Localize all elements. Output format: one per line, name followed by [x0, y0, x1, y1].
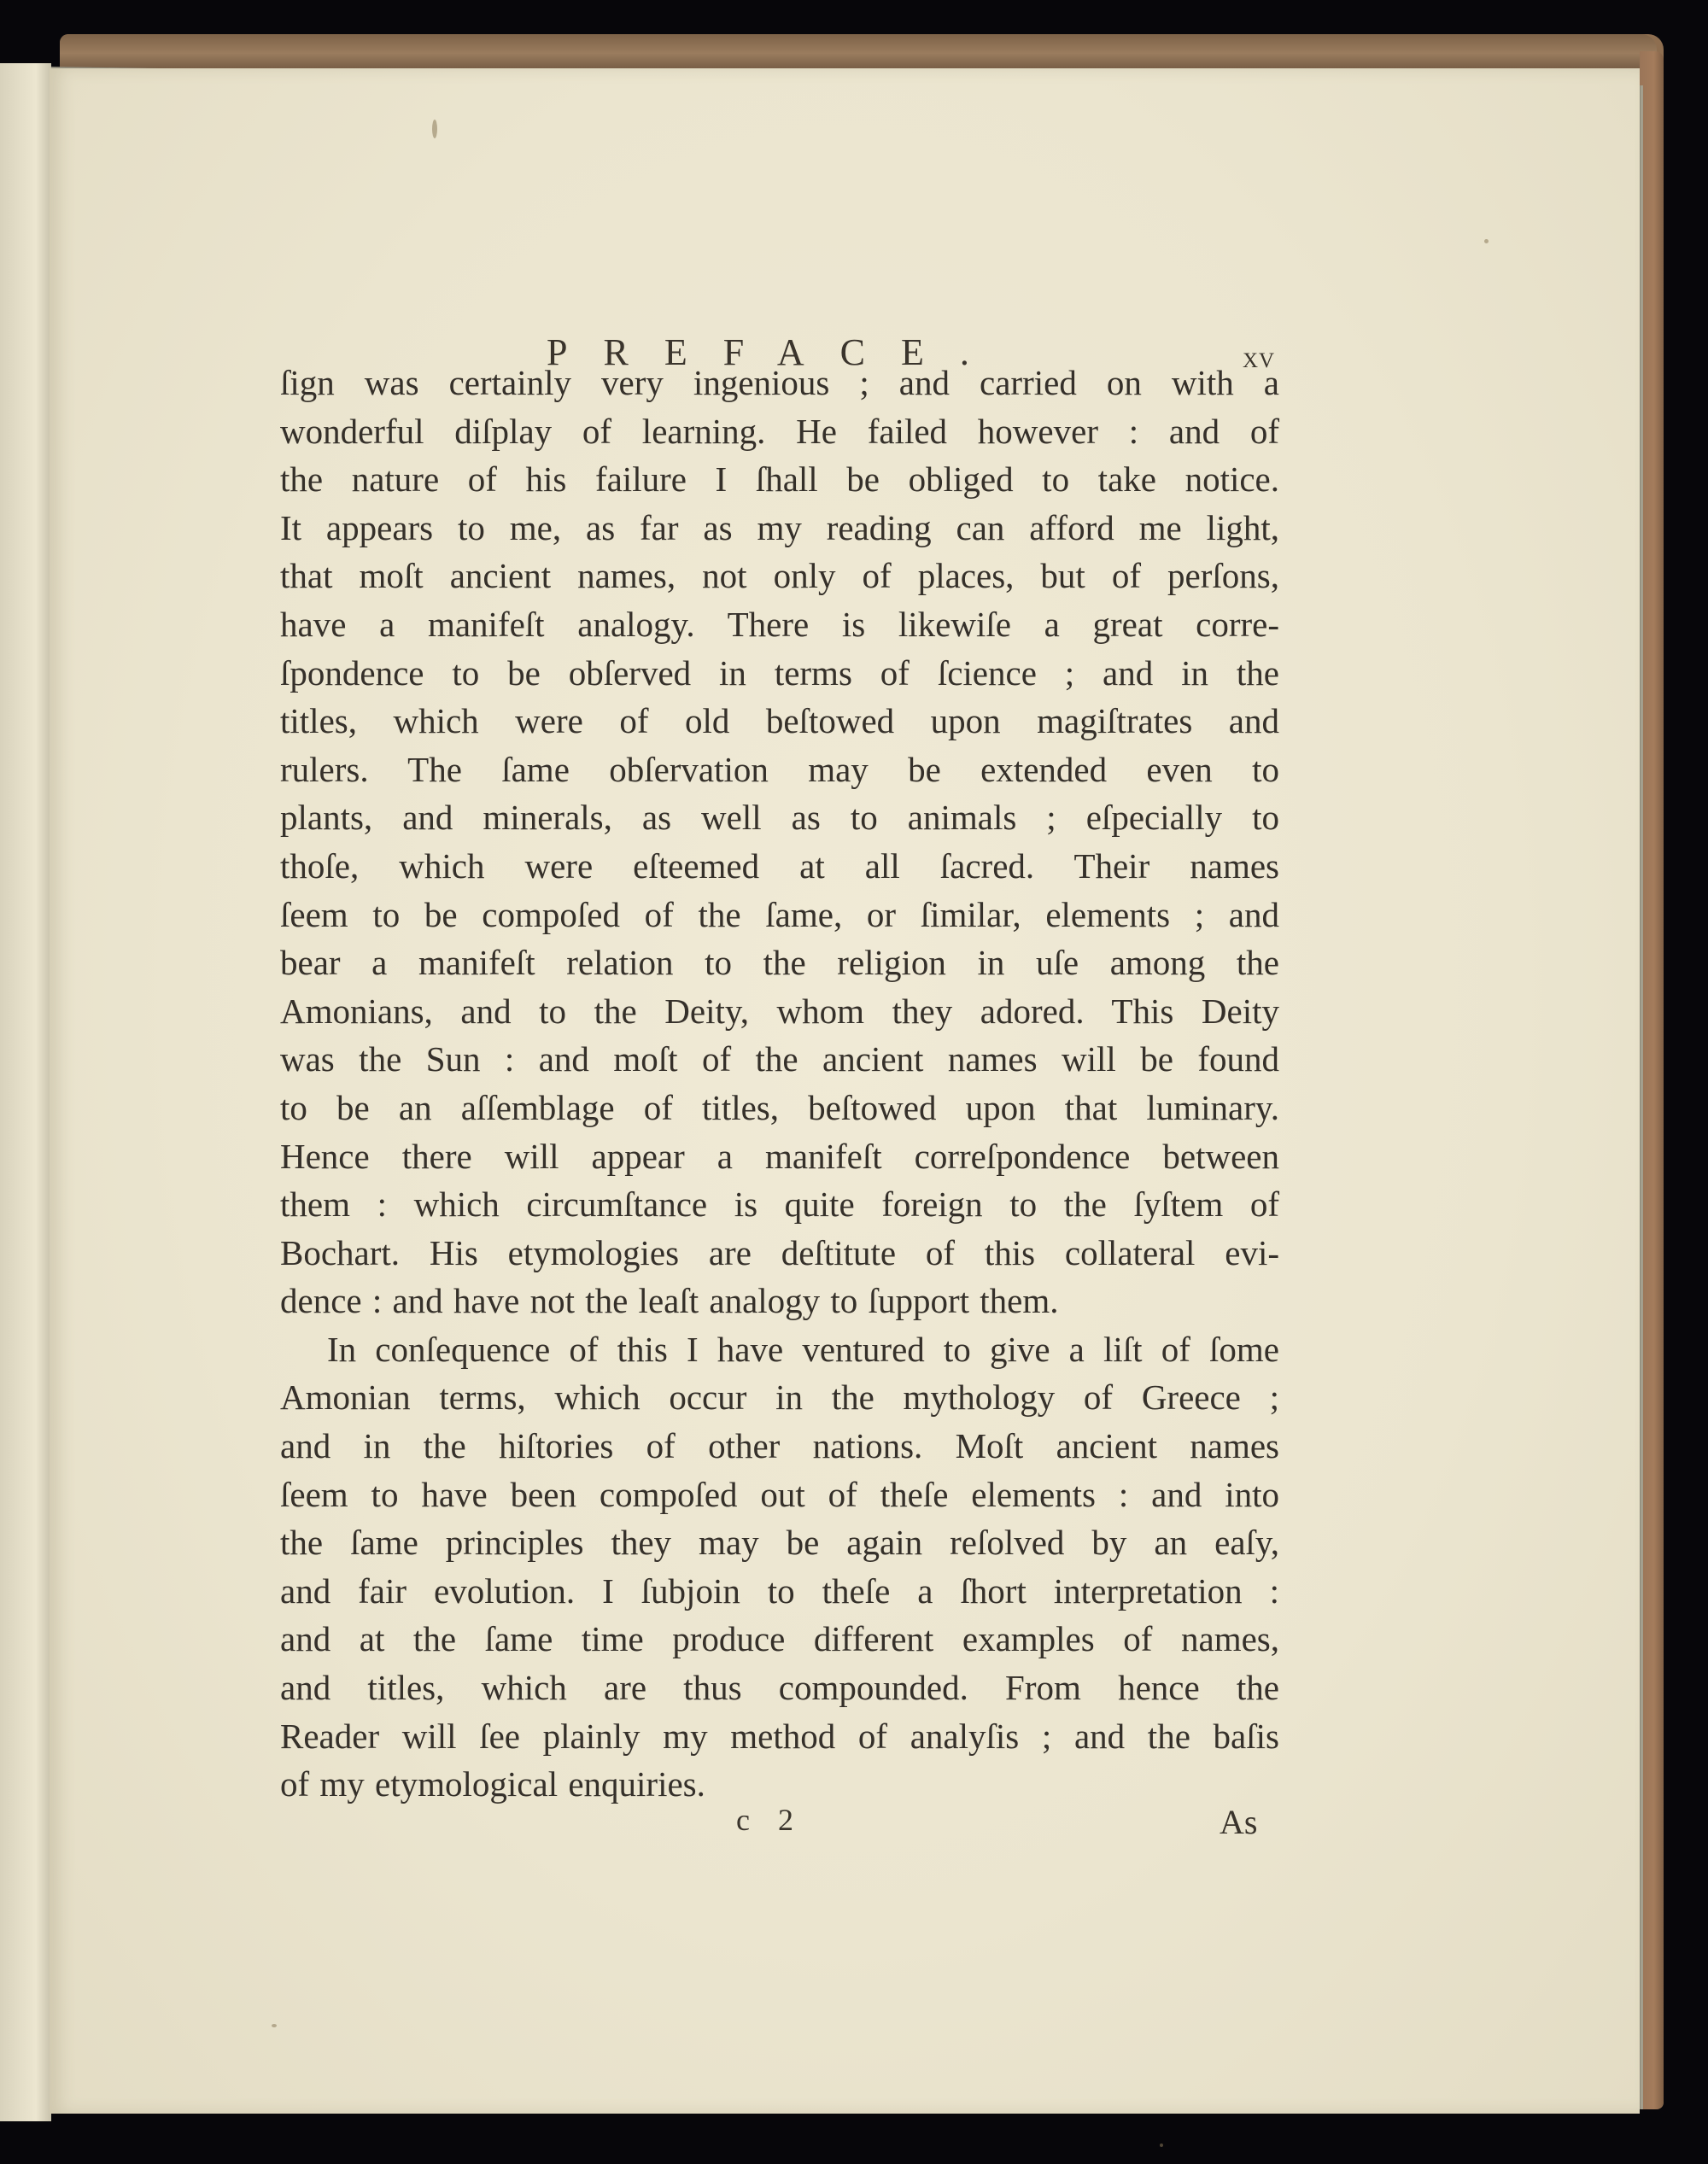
text-line: and titles, which are thus compounded. F…: [280, 1664, 1279, 1712]
text-line: dence : and have not the leaſt analogy t…: [280, 1277, 1279, 1325]
signature-mark: c 2: [736, 1802, 804, 1838]
text-line: thoſe, which were eſteemed at all ſacred…: [280, 842, 1279, 891]
text-line: bear a manifeſt relation to the religion…: [280, 939, 1279, 987]
text-line: and at the ſame time produce different e…: [280, 1615, 1279, 1664]
text-line: plants, and minerals, as well as to anim…: [280, 793, 1279, 842]
paper-blemish: [1160, 2144, 1163, 2147]
text-line: Amonian terms, which occur in the mythol…: [280, 1373, 1279, 1422]
paper-blemish: [1484, 239, 1489, 243]
text-line: ſign was certainly very ingenious ; and …: [280, 359, 1279, 407]
text-line: wonderful diſplay of learning. He failed…: [280, 407, 1279, 456]
text-line: titles, which were of old beſtowed upon …: [280, 697, 1279, 746]
text-line: them : which circumſtance is quite forei…: [280, 1180, 1279, 1229]
paper-blemish: [272, 2024, 277, 2027]
text-line: to be an aſſemblage of titles, beſtowed …: [280, 1084, 1279, 1132]
text-line: and in the hiſtories of other nations. M…: [280, 1422, 1279, 1471]
text-line: Amonians, and to the Deity, whom they ad…: [280, 987, 1279, 1036]
text-line: that moſt ancient names, not only of pla…: [280, 552, 1279, 600]
text-line: ſeem to have been compoſed out of theſe …: [280, 1471, 1279, 1519]
text-line: Hence there will appear a manifeſt corre…: [280, 1132, 1279, 1181]
text-line: It appears to me, as far as my reading c…: [280, 504, 1279, 553]
text-line: Reader will ſee plainly my method of ana…: [280, 1712, 1279, 1761]
book-cover-top-edge: [60, 34, 1657, 73]
text-line: have a manifeſt analogy. There is likewi…: [280, 600, 1279, 649]
text-line: the ſame principles they may be again re…: [280, 1518, 1279, 1567]
body-text: ſign was certainly very ingenious ; and …: [280, 359, 1279, 1809]
paper-blemish: [432, 120, 437, 138]
page-footer: c 2 As: [0, 1802, 1708, 1853]
text-line: ſeem to be compoſed of the ſame, or ſimi…: [280, 891, 1279, 939]
text-line: Bochart. His etymologies are deſtitute o…: [280, 1229, 1279, 1278]
text-line: the nature of his failure I ſhall be obl…: [280, 455, 1279, 504]
catchword: As: [1220, 1802, 1257, 1842]
text-line: rulers. The ſame obſervation may be exte…: [280, 746, 1279, 794]
text-line: and fair evolution. I ſubjoin to theſe a…: [280, 1567, 1279, 1616]
paragraph: ſign was certainly very ingenious ; and …: [280, 359, 1279, 1325]
paragraph: In conſequence of this I have ventured t…: [280, 1325, 1279, 1809]
text-line: ſpondence to be obſerved in terms of ſci…: [280, 649, 1279, 698]
text-line: In conſequence of this I have ventured t…: [280, 1325, 1279, 1374]
text-line: was the Sun : and moſt of the ancient na…: [280, 1035, 1279, 1084]
